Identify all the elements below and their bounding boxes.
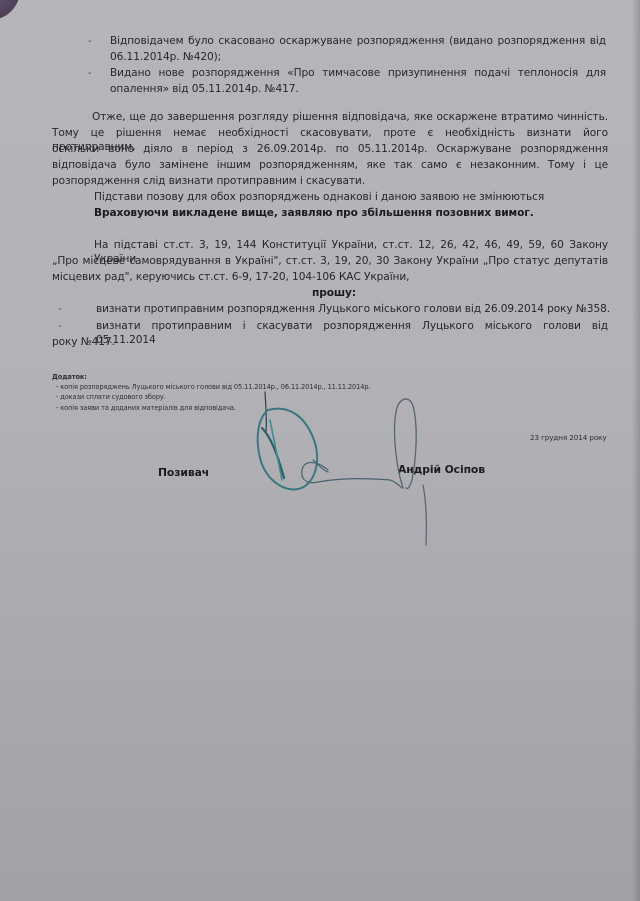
paragraph-1-line-5: розпорядження слід визнати протиправним … — [52, 174, 365, 188]
request-1: визнати протиправним розпорядження Луцьк… — [96, 302, 610, 316]
legal-basis-line-3: місцевих рад", керуючись ст.ст. 6-9, 17-… — [52, 270, 409, 284]
attachments-heading: Додаток: — [52, 372, 87, 382]
request-2-line-2: року №417. — [52, 335, 115, 349]
bullet-2-line-1: Видано нове розпорядження «Про тимчасове… — [110, 66, 606, 80]
bullet-dash: - — [88, 36, 92, 47]
bullet-dash: - — [58, 321, 62, 332]
bullet-dash: - — [88, 68, 92, 79]
dark-corner-shadow — [0, 0, 20, 20]
paragraph-1-line-3: оскільки воно діяло в період з 26.09.201… — [52, 142, 608, 156]
page-edge-shadow — [632, 0, 640, 901]
paragraph-2: Підстави позову для обох розпоряджень од… — [94, 190, 544, 204]
request-heading: прошу: — [312, 286, 356, 300]
bullet-2-line-2: опалення» від 05.11.2014р. №417. — [110, 82, 299, 96]
bullet-1-line-1: Відповідачем було скасовано оскаржуване … — [110, 34, 606, 48]
document-date: 23 грудня 2014 року — [530, 433, 607, 443]
request-2-line-1: визнати протиправним і скасувати розпоря… — [96, 319, 608, 347]
paragraph-1-line-4: відповідача було замінене іншим розпоряд… — [52, 158, 608, 172]
paragraph-1-line-1: Отже, ще до завершення розгляду рішення … — [92, 110, 608, 124]
plaintiff-name: Андрій Осіпов — [398, 463, 485, 477]
bullet-dash: - — [58, 304, 62, 315]
paragraph-3-bold: Враховуючи викладене вище, заявляю про з… — [94, 206, 534, 220]
plaintiff-label: Позивач — [158, 466, 209, 480]
attachment-item: - докази сплати судового збору. — [56, 392, 166, 402]
bullet-1-line-2: 06.11.2014р. №420); — [110, 50, 221, 64]
scanned-document-page: - Відповідачем було скасовано оскаржуван… — [0, 0, 640, 901]
legal-basis-line-2: „Про місцеве самоврядування в Україні", … — [52, 254, 608, 268]
attachment-item: - копія розпоряджень Луцького міського г… — [56, 382, 370, 392]
attachment-item: - копія заяви та доданих матеріалів для … — [56, 403, 236, 413]
